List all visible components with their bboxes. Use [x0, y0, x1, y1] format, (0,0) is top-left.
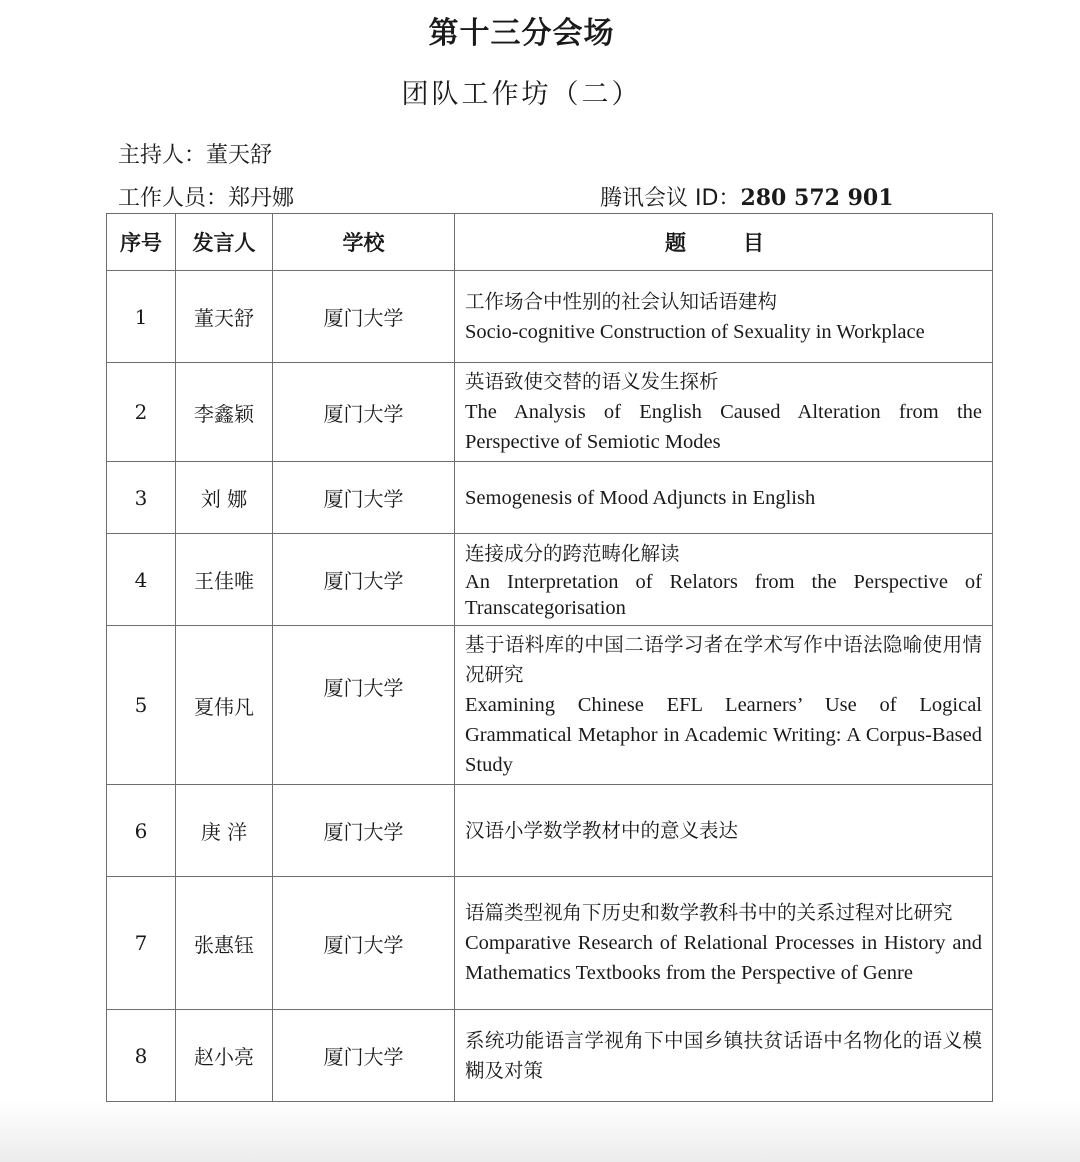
session-subtitle: 团队工作坊（二） — [0, 72, 1043, 111]
row-no: 4 — [107, 534, 176, 626]
table-header-row: 序号 发言人 学校 题 目 — [107, 214, 993, 271]
table-row: 1 董天舒 厦门大学 工作场合中性别的社会认知话语建构 Socio-cognit… — [107, 271, 993, 363]
meeting-label: 腾讯会议 ID： — [600, 186, 740, 211]
topic-zh: 基于语料库的中国二语学习者在学术写作中语法隐喻使用情况研究 — [465, 630, 982, 690]
topic-en: The Analysis of English Caused Alteratio… — [465, 397, 982, 457]
table-row: 5 夏伟凡 厦门大学 基于语料库的中国二语学习者在学术写作中语法隐喻使用情况研究… — [107, 626, 993, 785]
host-label: 主持人： — [118, 143, 206, 168]
topic-en: Examining Chinese EFL Learners’ Use of L… — [465, 690, 982, 780]
table-row: 8 赵小亮 厦门大学 系统功能语言学视角下中国乡镇扶贫话语中名物化的语义模糊及对… — [107, 1010, 993, 1102]
row-speaker: 王佳唯 — [176, 534, 273, 626]
row-speaker: 李鑫颖 — [176, 363, 273, 462]
row-speaker: 夏伟凡 — [176, 626, 273, 785]
page-edge — [0, 1100, 1080, 1162]
header-topic: 题 目 — [455, 214, 993, 271]
staff-label: 工作人员： — [118, 186, 228, 211]
schedule-table: 序号 发言人 学校 题 目 1 董天舒 厦门大学 工作场合中性别的社会认知话语建… — [106, 213, 993, 1102]
row-speaker: 董天舒 — [176, 271, 273, 363]
row-speaker: 刘 娜 — [176, 462, 273, 534]
row-speaker: 张惠钰 — [176, 877, 273, 1010]
row-topic: Semogenesis of Mood Adjuncts in English — [455, 462, 993, 534]
topic-zh: 工作场合中性别的社会认知话语建构 — [465, 287, 982, 317]
table-row: 3 刘 娜 厦门大学 Semogenesis of Mood Adjuncts … — [107, 462, 993, 534]
row-school: 厦门大学 — [273, 877, 455, 1010]
topic-zh: 系统功能语言学视角下中国乡镇扶贫话语中名物化的语义模糊及对策 — [465, 1026, 982, 1086]
topic-zh: 语篇类型视角下历史和数学教科书中的关系过程对比研究 — [465, 898, 982, 928]
meeting-line: 腾讯会议 ID：280 572 901 — [600, 181, 894, 212]
row-school: 厦门大学 — [273, 271, 455, 363]
topic-en: Semogenesis of Mood Adjuncts in English — [465, 483, 982, 513]
row-no: 8 — [107, 1010, 176, 1102]
topic-zh: 英语致使交替的语义发生探析 — [465, 367, 982, 397]
header-speaker: 发言人 — [176, 214, 273, 271]
row-topic: 英语致使交替的语义发生探析 The Analysis of English Ca… — [455, 363, 993, 462]
row-school: 厦门大学 — [273, 785, 455, 877]
topic-en: Comparative Research of Relational Proce… — [465, 928, 982, 988]
row-school: 厦门大学 — [273, 534, 455, 626]
session-title: 第十三分会场 — [0, 8, 1043, 52]
row-no: 3 — [107, 462, 176, 534]
host-name: 董天舒 — [206, 143, 272, 168]
row-speaker: 庚 洋 — [176, 785, 273, 877]
staff-name: 郑丹娜 — [228, 186, 294, 211]
row-school: 厦门大学 — [273, 626, 455, 785]
row-no: 2 — [107, 363, 176, 462]
row-topic: 工作场合中性别的社会认知话语建构 Socio-cognitive Constru… — [455, 271, 993, 363]
row-no: 7 — [107, 877, 176, 1010]
row-school: 厦门大学 — [273, 462, 455, 534]
topic-en: An Interpretation of Relators from the P… — [465, 569, 982, 621]
row-topic: 基于语料库的中国二语学习者在学术写作中语法隐喻使用情况研究 Examining … — [455, 626, 993, 785]
header-no: 序号 — [107, 214, 176, 271]
row-no: 1 — [107, 271, 176, 363]
row-topic: 连接成分的跨范畴化解读 An Interpretation of Relator… — [455, 534, 993, 626]
table-row: 6 庚 洋 厦门大学 汉语小学数学教材中的意义表达 — [107, 785, 993, 877]
row-topic: 系统功能语言学视角下中国乡镇扶贫话语中名物化的语义模糊及对策 — [455, 1010, 993, 1102]
row-topic: 汉语小学数学教材中的意义表达 — [455, 785, 993, 877]
staff-line: 工作人员：郑丹娜 — [118, 181, 294, 212]
host-line: 主持人：董天舒 — [118, 138, 272, 169]
row-no: 6 — [107, 785, 176, 877]
table-row: 4 王佳唯 厦门大学 连接成分的跨范畴化解读 An Interpretation… — [107, 534, 993, 626]
table-row: 7 张惠钰 厦门大学 语篇类型视角下历史和数学教科书中的关系过程对比研究 Com… — [107, 877, 993, 1010]
row-school: 厦门大学 — [273, 363, 455, 462]
row-no: 5 — [107, 626, 176, 785]
topic-zh: 连接成分的跨范畴化解读 — [465, 539, 982, 569]
header-school: 学校 — [273, 214, 455, 271]
row-school: 厦门大学 — [273, 1010, 455, 1102]
row-speaker: 赵小亮 — [176, 1010, 273, 1102]
row-topic: 语篇类型视角下历史和数学教科书中的关系过程对比研究 Comparative Re… — [455, 877, 993, 1010]
table-row: 2 李鑫颖 厦门大学 英语致使交替的语义发生探析 The Analysis of… — [107, 363, 993, 462]
topic-zh: 汉语小学数学教材中的意义表达 — [465, 816, 982, 846]
topic-en: Socio-cognitive Construction of Sexualit… — [465, 317, 982, 347]
meeting-id: 280 572 901 — [740, 185, 893, 211]
